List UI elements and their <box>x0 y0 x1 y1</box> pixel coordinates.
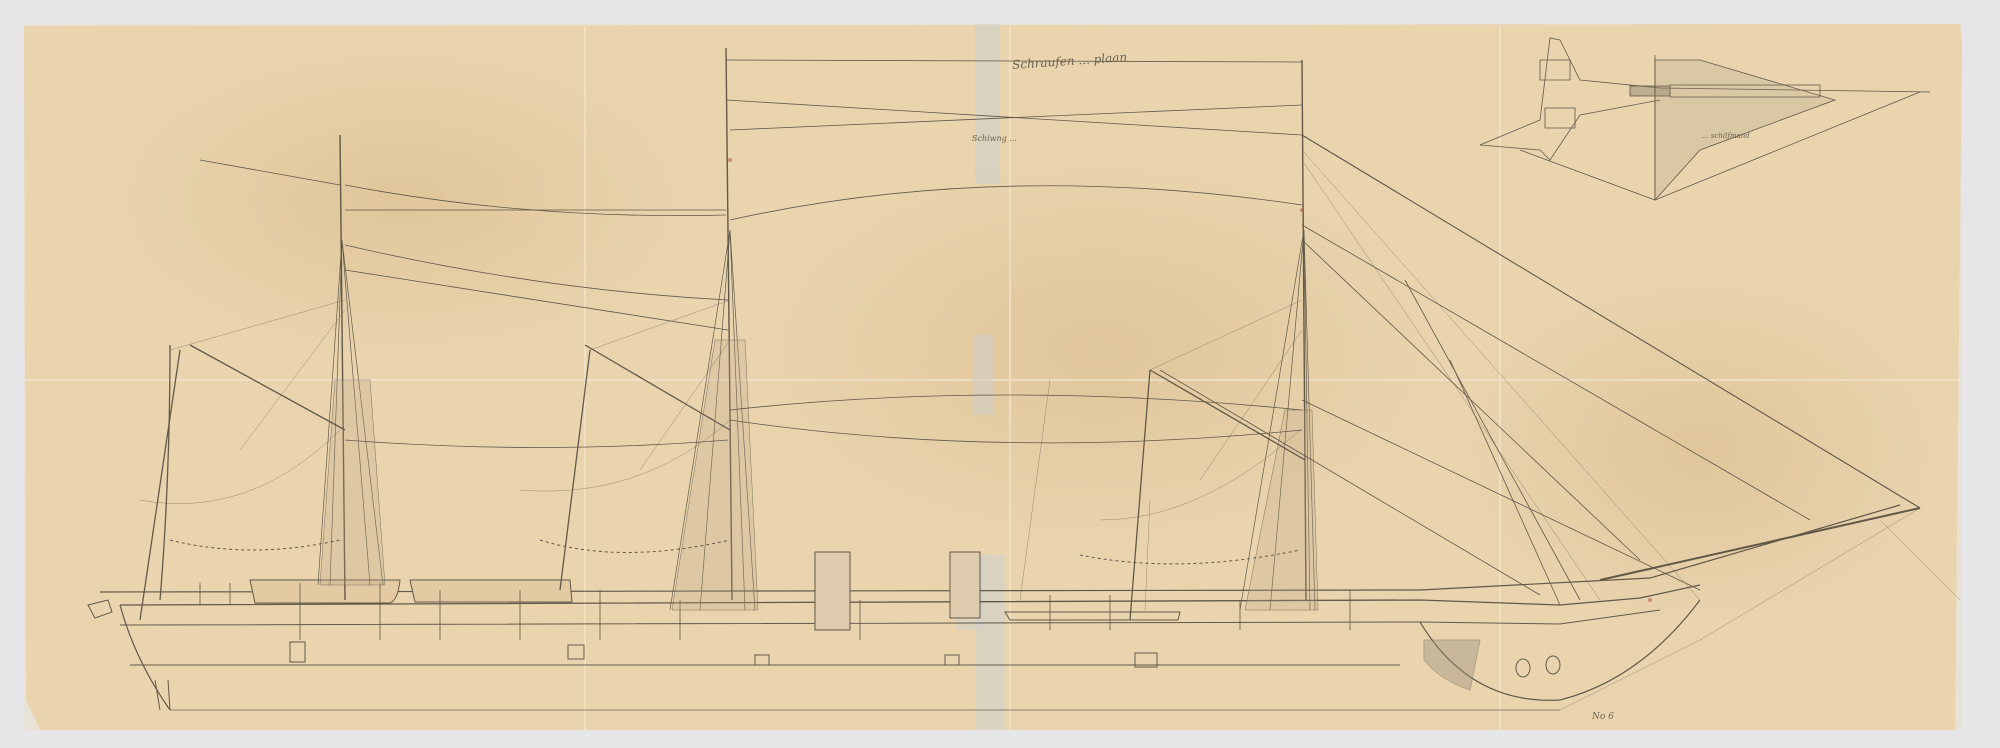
sail-annotation: ... schilfmand <box>1702 132 1750 140</box>
drawing-sheet: Schraufen ... plaan Schiwng ... ... schi… <box>22 22 1982 730</box>
corner-mark: No 6 <box>1592 712 1614 722</box>
tape-strip <box>975 24 1000 184</box>
ship-drawing <box>22 22 1982 730</box>
mast-annotation: Schiwng ... <box>972 134 1017 143</box>
